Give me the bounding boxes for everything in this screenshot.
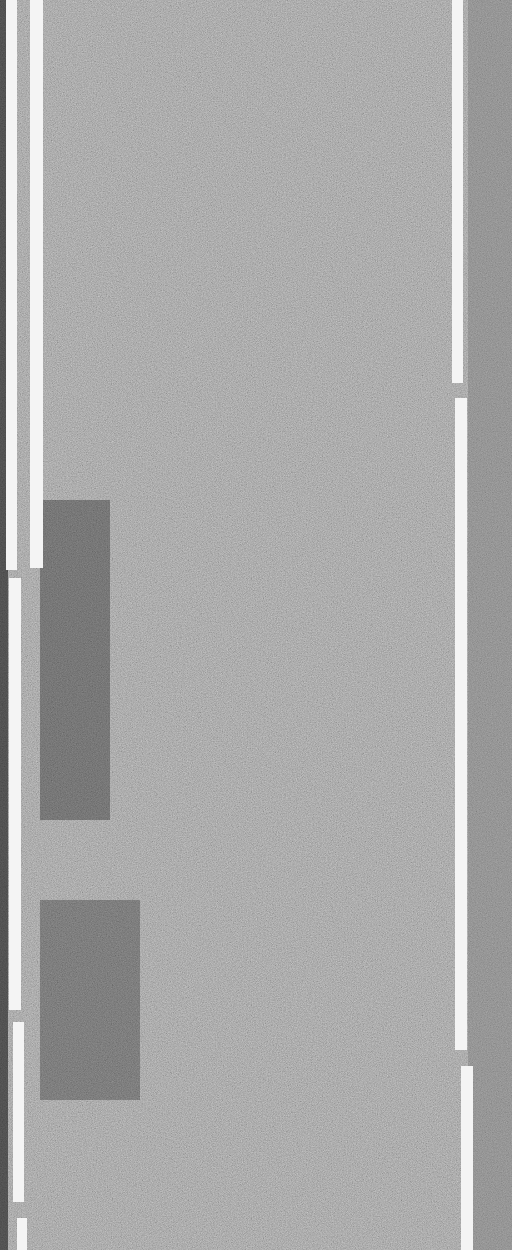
right-lane-line [455,398,467,1050]
road-aerial-image [0,0,512,1250]
right-lane-line [461,1066,473,1250]
left-inner-lane-line [30,0,43,568]
right-lane-line [452,0,463,383]
asphalt-texture [0,0,512,1250]
right-shoulder [468,0,512,1250]
left-outer-lane-line [9,578,21,1010]
left-outer-lane-line [13,1022,24,1202]
left-outer-lane-line [6,0,17,570]
left-outer-lane-line [17,1218,27,1250]
